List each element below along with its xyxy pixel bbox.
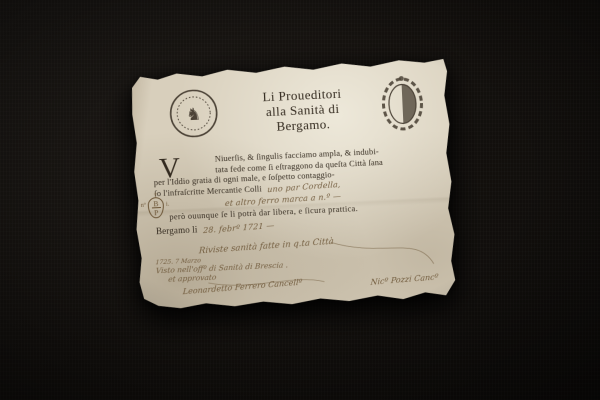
merchant-mark: nº † B P i.	[140, 193, 170, 219]
photo-background: ♞ Li Proueditori alla Sanità di Bergamo.	[0, 0, 600, 400]
document-header: ♞ Li Proueditori alla Sanità di Bergamo.	[129, 57, 450, 150]
bergamo-coat-of-arms-icon	[379, 74, 426, 139]
dateline-label: Bergamo li	[156, 224, 198, 236]
handwritten-annotations: Riviste sanità fatte in q.ta Città 1725.…	[155, 235, 443, 295]
handwritten-date: 28. febrº 1721 —	[202, 221, 274, 237]
bergamo-health-seal-icon: ♞	[168, 87, 220, 144]
merchant-mark-shield-icon: B P	[148, 197, 165, 219]
merchant-mark-letter-bottom: P	[154, 209, 159, 216]
document-paper: ♞ Li Proueditori alla Sanità di Bergamo.	[129, 57, 458, 311]
health-pass-sheet: ♞ Li Proueditori alla Sanità di Bergamo.	[129, 57, 458, 311]
seal-knight-glyph: ♞	[186, 105, 202, 126]
drop-cap-initial: V	[159, 156, 181, 181]
merchant-mark-letter-top: B	[153, 200, 158, 207]
merchant-mark-shield-group: † B P	[147, 193, 164, 219]
document-title: Li Proueditori alla Sanità di Bergamo.	[218, 84, 382, 136]
merchant-mark-right-note: i.	[166, 200, 170, 211]
merchant-mark-left-note: nº	[141, 201, 147, 212]
printed-body-text: V Niuerſis, & ſingulis facciamo ampla, &…	[153, 144, 444, 237]
